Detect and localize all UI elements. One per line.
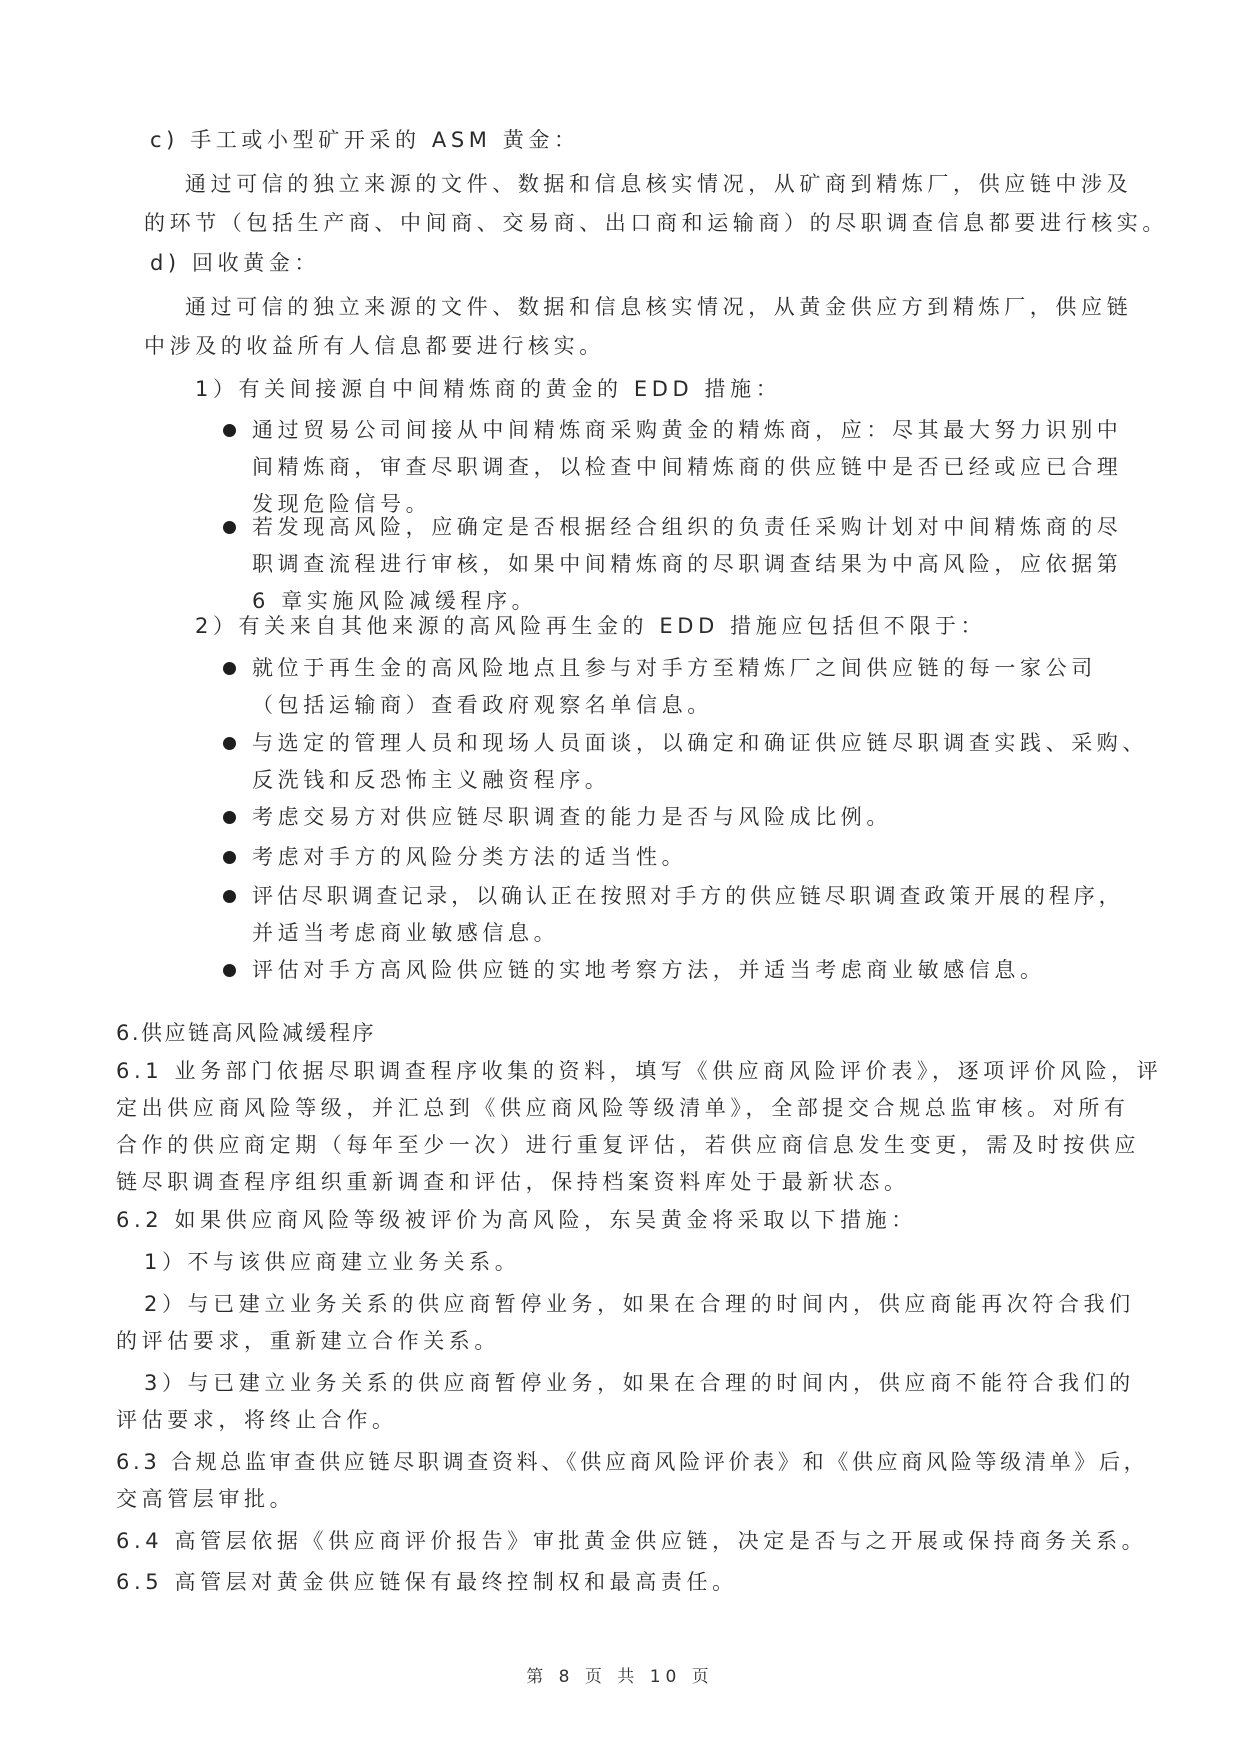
bullet-icon [223,662,236,675]
bullet-icon [223,851,236,864]
p6-2-item-line: 评估要求，将终止合作。 [116,1406,398,1434]
sub1-title: 1）有关间接源自中间精炼商的黄金的 EDD 措施： [195,375,781,403]
bullet-icon [223,964,236,977]
p6-3-line: 交高管层审批。 [116,1485,295,1513]
p6-4-line: 6.4 高管层依据《供应商评价报告》审批黄金供应链，决定是否与之开展或保持商务关… [116,1527,1147,1555]
bullet-icon [223,424,236,437]
sub1-bullet-line: 间精炼商，审查尽职调查，以检查中间精炼商的供应链中是否已经或应已合理 [252,453,1122,481]
p6-2-line: 6.2 如果供应商风险等级被评价为高风险，东吴黄金将采取以下措施： [116,1206,917,1234]
bullet-icon [223,811,236,824]
page-indicator: 第 8 页 共 10 页 [0,1662,1240,1687]
p6-3-line: 6.3 合规总监审查供应链尽职调查资料、《供应商风险评价表》和《供应商风险等级清… [116,1448,1148,1476]
sub1-bullet-line: 职调查流程进行审核，如果中间精炼商的尽职调查结果为中高风险，应依据第 [252,550,1122,578]
bullet-icon [223,890,236,903]
bullet-icon [223,737,236,750]
p6-2-item-line: 1）不与该供应商建立业务关系。 [144,1248,520,1276]
section-d-para-line: 通过可信的独立来源的文件、数据和信息核实情况，从黄金供应方到精炼厂，供应链 [185,293,1132,321]
sub2-title: 2）有关来自其他来源的高风险再生金的 EDD 措施应包括但不限于： [195,612,986,640]
sub2-bullet-line: 考虑对手方的风险分类方法的适当性。 [252,843,687,871]
section-c-para-line: 的环节（包括生产商、中间商、交易商、出口商和运输商）的尽职调查信息都要进行核实。 [144,209,1168,237]
p6-2-item-line: 2）与已建立业务关系的供应商暂停业务，如果在合理的时间内，供应商能再次符合我们 [144,1290,1135,1318]
p6-1-line: 6.1 业务部门依据尽职调查程序收集的资料，填写《供应商风险评价表》，逐项评价风… [116,1057,1162,1085]
sub2-bullet-line: 评估对手方高风险供应链的实地考察方法，并适当考虑商业敏感信息。 [252,956,1046,984]
p6-2-item-line: 3）与已建立业务关系的供应商暂停业务，如果在合理的时间内，供应商不能符合我们的 [144,1369,1135,1397]
sub2-bullet-line: 反洗钱和反恐怖主义融资程序。 [252,766,610,794]
section-6-heading: 6.供应链高风险减缓程序 [116,1019,376,1047]
p6-1-line: 合作的供应商定期（每年至少一次）进行重复评估，若供应商信息发生变更，需及时按供应 [116,1131,1140,1159]
section-c-para-line: 通过可信的独立来源的文件、数据和信息核实情况，从矿商到精炼厂，供应链中涉及 [185,170,1132,198]
sub1-bullet-line: 通过贸易公司间接从中间精炼商采购黄金的精炼商，应：尽其最大努力识别中 [252,416,1122,444]
p6-5-line: 6.5 高管层对黄金供应链保有最终控制权和最高责任。 [116,1568,738,1596]
sub1-bullet-line: 6 章实施风险减缓程序。 [252,587,537,615]
sub2-bullet-line: （包括运输商）查看政府观察名单信息。 [252,691,713,719]
p6-1-line: 定出供应商风险等级，并汇总到《供应商风险等级清单》，全部提交合规总监审核。对所有 [116,1094,1130,1122]
section-d-title: d) 回收黄金： [150,249,320,277]
sub2-bullet-line: 就位于再生金的高风险地点且参与对手方至精炼厂之间供应链的每一家公司 [252,654,1097,682]
sub1-bullet-line: 若发现高风险，应确定是否根据经合组织的负责任采购计划对中间精炼商的尽 [252,513,1122,541]
p6-2-item-line: 的评估要求，重新建立合作关系。 [116,1327,500,1355]
section-d-para-line: 中涉及的收益所有人信息都要进行核实。 [144,332,605,360]
sub2-bullet-line: 并适当考虑商业敏感信息。 [252,919,559,947]
sub2-bullet-line: 考虑交易方对供应链尽职调查的能力是否与风险成比例。 [252,803,892,831]
bullet-icon [223,521,236,534]
sub2-bullet-line: 与选定的管理人员和现场人员面谈，以确定和确证供应链尽职调查实践、采购、 [252,729,1148,757]
p6-1-line: 链尽职调查程序组织重新调查和评估，保持档案资料库处于最新状态。 [116,1168,910,1196]
section-c-title: c) 手工或小型矿开采的 ASM 黄金： [150,126,580,154]
sub2-bullet-line: 评估尽职调查记录，以确认正在按照对手方的供应链尽职调查政策开展的程序， [252,882,1124,910]
document-page: c) 手工或小型矿开采的 ASM 黄金： 通过可信的独立来源的文件、数据和信息核… [0,0,1240,1754]
